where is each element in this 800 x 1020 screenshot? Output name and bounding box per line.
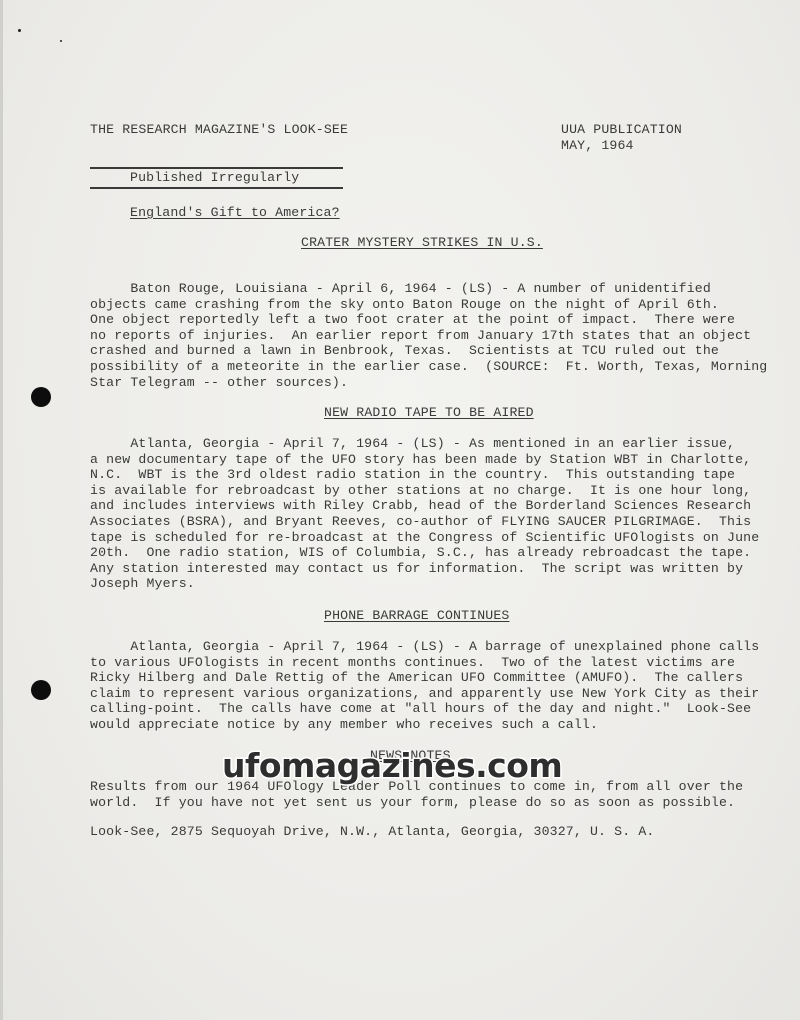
punch-hole [31,387,51,407]
watermark: ufomagazines.com [222,746,562,785]
body-line: Atlanta, Georgia - April 7, 1964 - (LS) … [90,639,759,655]
body-line: calling-point. The calls have come at "a… [90,701,759,717]
publisher-label: UUA PUBLICATION [561,122,682,138]
article-radio-tape-body: Atlanta, Georgia - April 7, 1964 - (LS) … [90,436,759,592]
body-line: Star Telegram -- other sources). [90,375,767,391]
masthead-title: THE RESEARCH MAGAZINE'S LOOK-SEE [90,122,348,138]
headline-phone-barrage: PHONE BARRAGE CONTINUES [324,608,509,624]
document-page: THE RESEARCH MAGAZINE'S LOOK-SEE UUA PUB… [0,0,800,1020]
article-phone-barrage-body: Atlanta, Georgia - April 7, 1964 - (LS) … [90,639,759,733]
body-line: Any station interested may contact us fo… [90,561,759,577]
body-line: Joseph Myers. [90,576,759,592]
body-line: is available for rebroadcast by other st… [90,483,759,499]
body-line: One object reportedly left a two foot cr… [90,312,767,328]
divider-bottom [90,187,343,189]
body-line: Baton Rouge, Louisiana - April 6, 1964 -… [90,281,767,297]
body-line: would appreciate notice by any member wh… [90,717,759,733]
body-line: N.C. WBT is the 3rd oldest radio station… [90,467,759,483]
body-line: tape is scheduled for re-broadcast at th… [90,530,759,546]
body-line: to various UFOlogists in recent months c… [90,655,759,671]
body-line: Ricky Hilberg and Dale Rettig of the Ame… [90,670,759,686]
frequency-label: Published Irregularly [130,170,299,186]
divider-top [90,167,343,169]
headline-radio-tape: NEW RADIO TAPE TO BE AIRED [324,405,534,421]
headline-crater: CRATER MYSTERY STRIKES IN U.S. [301,235,543,251]
page-edge [0,0,3,1020]
body-line: a new documentary tape of the UFO story … [90,452,759,468]
body-line: possibility of a meteorite in the earlie… [90,359,767,375]
body-line: Associates (BSRA), and Bryant Reeves, co… [90,514,759,530]
body-line: 20th. One radio station, WIS of Columbia… [90,545,759,561]
body-line: no reports of injuries. An earlier repor… [90,328,767,344]
punch-hole [31,680,51,700]
body-line: crashed and burned a lawn in Benbrook, T… [90,343,767,359]
article-crater-body: Baton Rouge, Louisiana - April 6, 1964 -… [90,281,767,390]
issue-date: MAY, 1964 [561,138,634,154]
body-line: objects came crashing from the sky onto … [90,297,767,313]
body-line: Atlanta, Georgia - April 7, 1964 - (LS) … [90,436,759,452]
speck [18,29,21,32]
mailing-address: Look-See, 2875 Sequoyah Drive, N.W., Atl… [90,824,654,840]
tagline: England's Gift to America? [130,205,340,221]
body-line: claim to represent various organizations… [90,686,759,702]
body-line: world. If you have not yet sent us your … [90,795,743,811]
body-line: and includes interviews with Riley Crabb… [90,498,759,514]
speck [60,40,62,42]
